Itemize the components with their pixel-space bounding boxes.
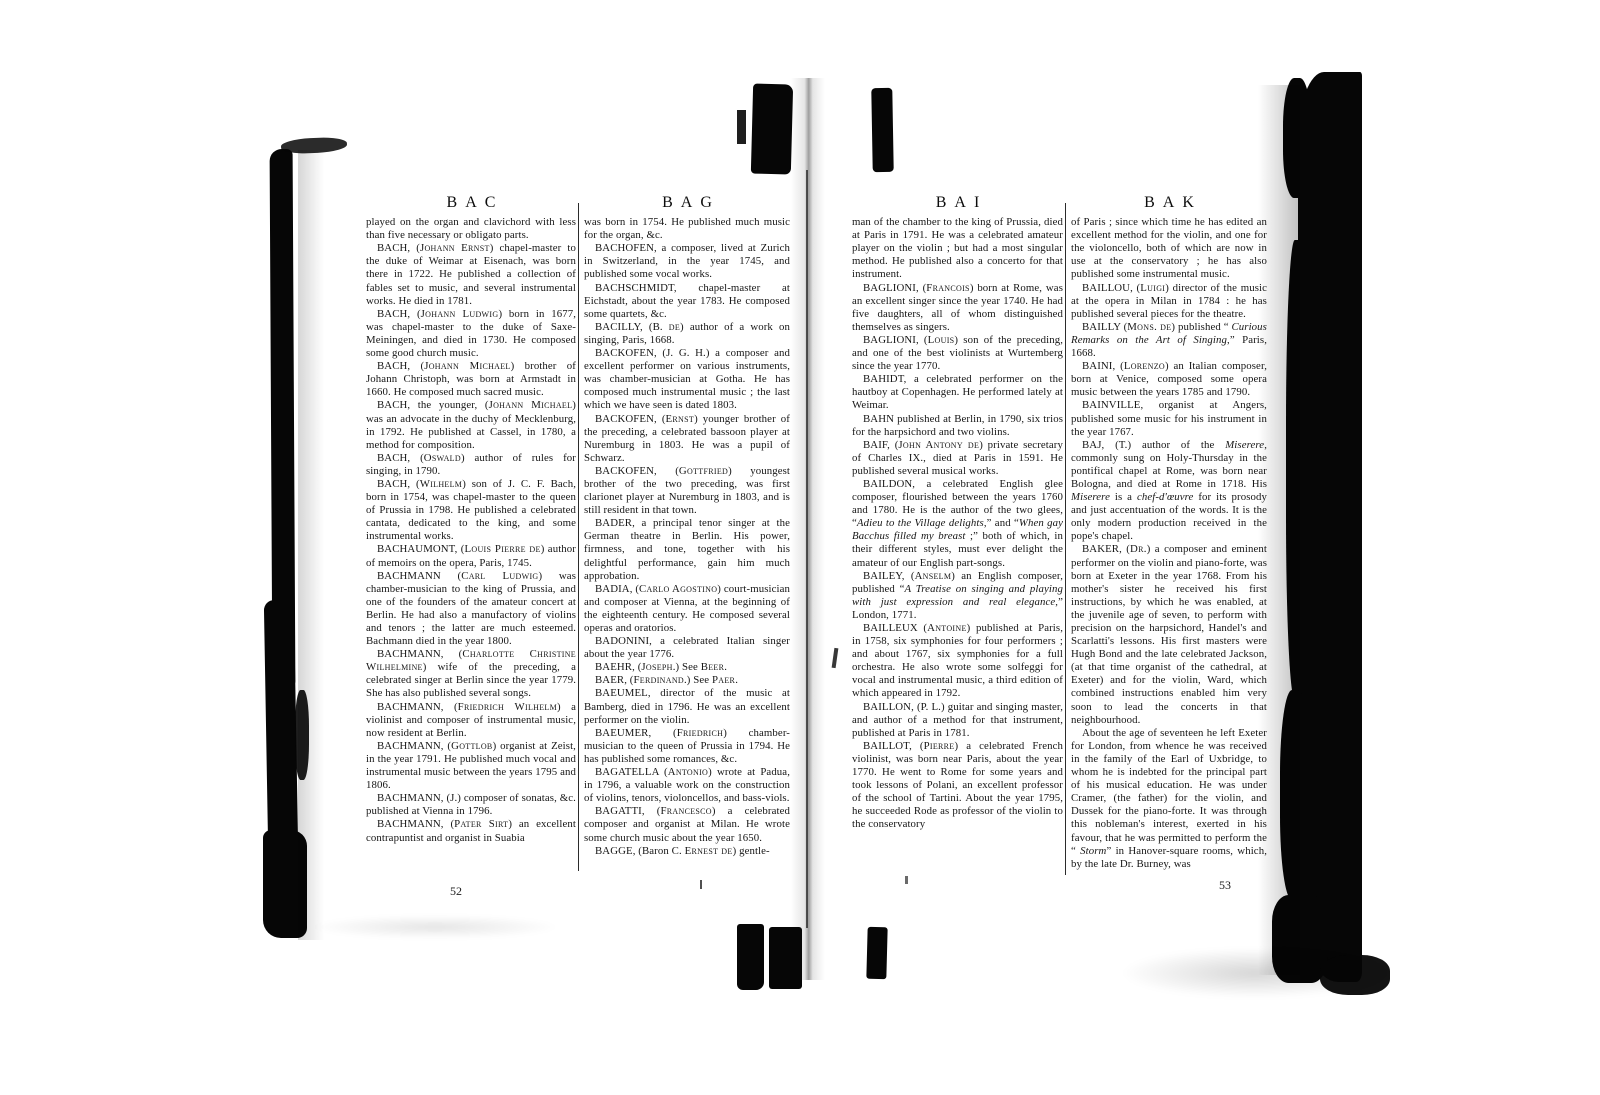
entry-name-smallcaps: Charlotte Christine Wilhelmine — [366, 648, 576, 673]
ink-smudge — [737, 924, 764, 990]
entry-name-smallcaps: de — [669, 321, 680, 333]
column-body: played on the organ and clavichord with … — [366, 216, 576, 845]
entry-paragraph: BACKOFEN, (Gottfried) youngest brother o… — [584, 465, 790, 517]
entry-paragraph: BACH, (Oswald) author of rules for singi… — [366, 452, 576, 478]
entry-name-smallcaps: Carlo Agostino — [639, 583, 717, 595]
ink-speck — [700, 880, 702, 889]
gutter-fold-line — [806, 170, 808, 928]
entry-paragraph: BACHMANN, (Friedrich Wilhelm) a violinis… — [366, 701, 576, 740]
entry-name-smallcaps: Francesco — [660, 805, 711, 817]
entry-paragraph: BAEHR, (Joseph.) See Beer. — [584, 661, 790, 674]
ink-smudge — [737, 110, 746, 144]
ink-smudge — [769, 927, 802, 989]
entry-name-smallcaps: Pater Sirt — [454, 818, 508, 830]
entry-name-smallcaps: John Antony de — [898, 439, 979, 451]
entry-paragraph: BAILEY, (Anselm) an English composer, pu… — [852, 570, 1063, 622]
entry-paragraph: BAILLEUX (Antoine) published at Paris, i… — [852, 622, 1063, 701]
work-title-italic: Storm — [1080, 845, 1106, 857]
ink-smudge — [264, 600, 298, 850]
entry-paragraph: BAILLY (Mons. de) published “ Curious Re… — [1071, 321, 1267, 360]
entry-paragraph: man of the chamber to the king of Prussi… — [852, 216, 1063, 281]
entry-paragraph: played on the organ and clavichord with … — [366, 216, 576, 242]
ink-smudge — [751, 83, 793, 174]
entry-paragraph: BAINI, (Lorenzo) an Italian composer, bo… — [1071, 360, 1267, 399]
ink-speck — [832, 648, 839, 668]
entry-name-smallcaps: Johann Ernst — [420, 242, 490, 254]
scan-smudge — [1120, 948, 1390, 998]
work-title-italic: Miserere — [1071, 491, 1110, 503]
entry-paragraph: BADIA, (Carlo Agostino) court-musician a… — [584, 583, 790, 635]
entry-paragraph: BAHIDT, a celebrated performer on the ha… — [852, 373, 1063, 412]
left-page-column-1: BAC played on the organ and clavichord w… — [366, 196, 576, 845]
entry-name-smallcaps: Friedrich — [677, 727, 723, 739]
entry-name-smallcaps: Anselm — [915, 570, 952, 582]
column-divider-left-page — [578, 203, 579, 871]
entry-paragraph: BACHAUMONT, (Louis Pierre de) author of … — [366, 543, 576, 569]
entry-name-smallcaps: Oswald — [424, 452, 461, 464]
gutter-shadow — [791, 78, 825, 980]
entry-name-smallcaps: Dr. — [1130, 543, 1147, 555]
work-title-italic: chef-d'œuvre — [1137, 491, 1193, 503]
entry-paragraph: BACHMANN, (Gottlob) organist at Zeist, i… — [366, 740, 576, 792]
book-spread: BAC played on the organ and clavichord w… — [0, 0, 1600, 1095]
entry-name-smallcaps: Johann Michael — [424, 360, 510, 372]
entry-name-smallcaps: Johann Michael — [489, 399, 573, 411]
entry-paragraph: BACHMANN, (J.) composer of sonatas, &c. … — [366, 792, 576, 818]
entry-paragraph: BAKER, (Dr.) a composer and eminent perf… — [1071, 543, 1267, 726]
entry-paragraph: BAINVILLE, organist at Angers, published… — [1071, 399, 1267, 438]
column-header: BAG — [584, 196, 790, 209]
entry-name-smallcaps: Pierre — [924, 740, 955, 752]
column-divider-right-page — [1065, 203, 1066, 875]
entry-paragraph: BADONINI, a celebrated Italian singer ab… — [584, 635, 790, 661]
work-title-italic: A Treatise on singing and playing with j… — [852, 583, 1063, 608]
column-body: of Paris ; since which time he has edite… — [1071, 216, 1267, 871]
entry-name-smallcaps: Francois — [926, 282, 970, 294]
column-body: man of the chamber to the king of Prussi… — [852, 216, 1063, 831]
entry-paragraph: BAJ, (T.) author of the Miserere, common… — [1071, 439, 1267, 544]
entry-name-smallcaps: Ferdinand — [634, 674, 684, 686]
entry-paragraph: BAER, (Ferdinand.) See Paer. — [584, 674, 790, 687]
left-page-column-2: BAG was born in 1754. He published much … — [584, 196, 790, 858]
ink-speck — [905, 876, 908, 884]
entry-name-smallcaps: Louis — [928, 334, 955, 346]
column-header: BAI — [852, 196, 1063, 209]
entry-paragraph: BACHMANN (Carl Ludwig) was chamber-music… — [366, 570, 576, 649]
entry-paragraph: BAGATELLA (Antonio) wrote at Padua, in 1… — [584, 766, 790, 805]
page-curl-shadow-left — [298, 150, 324, 940]
entry-name-smallcaps: Lorenzo — [1124, 360, 1165, 372]
entry-paragraph: BAILLOU, (Luigi) director of the music a… — [1071, 282, 1267, 321]
entry-name-smallcaps: Wilhelm — [420, 478, 463, 490]
entry-name-smallcaps: Joseph — [641, 661, 672, 673]
ink-smudge — [871, 88, 893, 172]
entry-name-smallcaps: Paer — [712, 674, 735, 686]
entry-name-smallcaps: Ernst — [666, 413, 695, 425]
entry-name-smallcaps: Carl Ludwig — [461, 570, 538, 582]
entry-paragraph: BAHN published at Berlin, in 1790, six t… — [852, 413, 1063, 439]
entry-paragraph: BACH, (Johann Michael) brother of Johann… — [366, 360, 576, 399]
entry-paragraph: BACHSCHMIDT, chapel-master at Eichstadt,… — [584, 282, 790, 321]
column-header: BAK — [1071, 196, 1267, 209]
entry-paragraph: BACHOFEN, a composer, lived at Zurich in… — [584, 242, 790, 281]
entry-paragraph: BACH, (Wilhelm) son of J. C. F. Bach, bo… — [366, 478, 576, 543]
column-header: BAC — [366, 196, 576, 209]
entry-paragraph: BAEUMER, (Friedrich) chamber-musician to… — [584, 727, 790, 766]
right-page-column-2: BAK of Paris ; since which time he has e… — [1071, 196, 1267, 871]
entry-paragraph: BAGLIONI, (Louis) son of the preceding, … — [852, 334, 1063, 373]
entry-paragraph: BAEUMEL, director of the music at Bamber… — [584, 687, 790, 726]
entry-name-smallcaps: Ernest de — [685, 845, 733, 857]
entry-name-smallcaps: Louis Pierre de — [465, 543, 541, 555]
entry-name-smallcaps: Antoine — [927, 622, 967, 634]
work-title-italic: Adieu to the Village delights — [857, 517, 984, 529]
entry-name-smallcaps: Beer — [701, 661, 725, 673]
page-number-left: 52 — [376, 884, 536, 899]
entry-name-smallcaps: Friedrich Wilhelm — [458, 701, 557, 713]
entry-paragraph: was born in 1754. He published much musi… — [584, 216, 790, 242]
entry-paragraph: BACILLY, (B. de) author of a work on sin… — [584, 321, 790, 347]
entry-paragraph: BADER, a principal tenor singer at the G… — [584, 517, 790, 582]
right-page-column-1: BAI man of the chamber to the king of Pr… — [852, 196, 1063, 832]
entry-name-smallcaps: Mons. de — [1127, 321, 1171, 333]
entry-paragraph: BAGGE, (Baron C. Ernest de) gentle- — [584, 845, 790, 858]
column-body: was born in 1754. He published much musi… — [584, 216, 790, 858]
page-curl-shadow-right — [1258, 85, 1300, 975]
entry-name-smallcaps: Antonio — [668, 766, 708, 778]
entry-paragraph: BACKOFEN, (Ernst) younger brother of the… — [584, 413, 790, 465]
entry-paragraph: BAGLIONI, (Francois) born at Rome, was a… — [852, 282, 1063, 334]
entry-paragraph: BACH, the younger, (Johann Michael) was … — [366, 399, 576, 451]
entry-paragraph: BAILLON, (P. L.) guitar and singing mast… — [852, 701, 1063, 740]
ink-smudge — [866, 927, 887, 980]
entry-paragraph: BACH, (Johann Ludwig) born in 1677, was … — [366, 308, 576, 360]
entry-paragraph: of Paris ; since which time he has edite… — [1071, 216, 1267, 281]
scan-smudge — [310, 915, 560, 939]
entry-paragraph: BACKOFEN, (J. G. H.) a composer and exce… — [584, 347, 790, 412]
entry-paragraph: BACHMANN, (Charlotte Christine Wilhelmin… — [366, 648, 576, 700]
entry-paragraph: BAIF, (John Antony de) private secretary… — [852, 439, 1063, 478]
entry-paragraph: About the age of seventeen he left Exete… — [1071, 727, 1267, 871]
entry-name-smallcaps: Gottfried — [679, 465, 728, 477]
entry-paragraph: BACH, (Johann Ernst) chapel-master to th… — [366, 242, 576, 307]
entry-name-smallcaps: Johann Ludwig — [421, 308, 499, 320]
entry-paragraph: BAILLOT, (Pierre) a celebrated French vi… — [852, 740, 1063, 832]
entry-paragraph: BAGATTI, (Francesco) a celebrated compos… — [584, 805, 790, 844]
entry-paragraph: BAILDON, a celebrated English glee compo… — [852, 478, 1063, 570]
entry-name-smallcaps: Gottlob — [451, 740, 492, 752]
entry-paragraph: BACHMANN, (Pater Sirt) an excellent cont… — [366, 818, 576, 844]
entry-name-smallcaps: Luigi — [1140, 282, 1165, 294]
